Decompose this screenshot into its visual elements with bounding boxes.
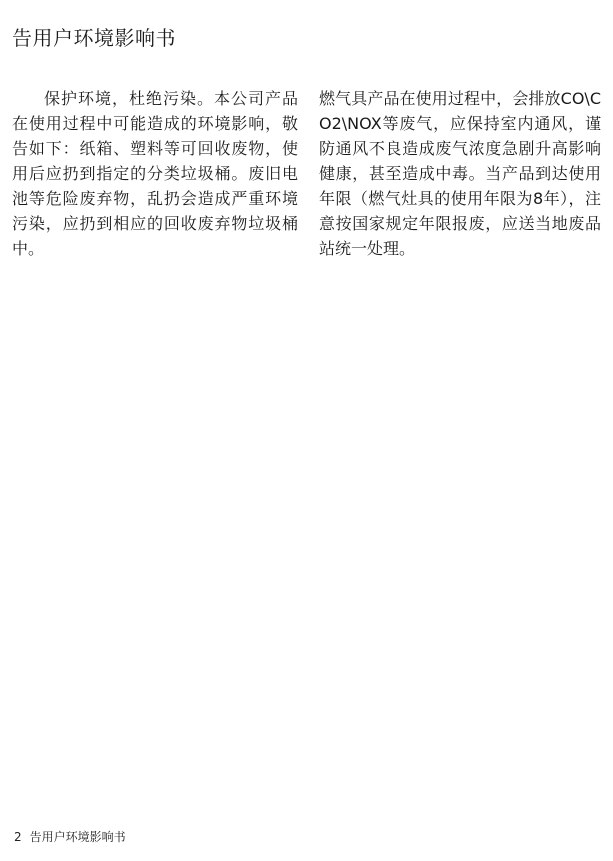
left-column: 保护环境，杜绝污染。本公司产品在使用过程中可能造成的环境影响，敬告如下：纸箱、塑… [12,86,298,261]
right-column: 燃气具产品在使用过程中，会排放CO\CO2\NOX等废气，应保持室内通风，谨防通… [319,86,601,261]
body-columns: 保护环境，杜绝污染。本公司产品在使用过程中可能造成的环境影响，敬告如下：纸箱、塑… [12,86,601,261]
page-footer: 2告用户环境影响书 [14,830,126,845]
document-page: 告用户环境影响书 保护环境，杜绝污染。本公司产品在使用过程中可能造成的环境影响，… [0,0,613,861]
left-column-paragraph: 保护环境，杜绝污染。本公司产品在使用过程中可能造成的环境影响，敬告如下：纸箱、塑… [12,86,298,261]
footer-page-number: 2 [14,830,22,844]
page-title: 告用户环境影响书 [12,22,176,51]
footer-section-label: 告用户环境影响书 [30,830,126,844]
right-column-paragraph: 燃气具产品在使用过程中，会排放CO\CO2\NOX等废气，应保持室内通风，谨防通… [319,86,601,261]
